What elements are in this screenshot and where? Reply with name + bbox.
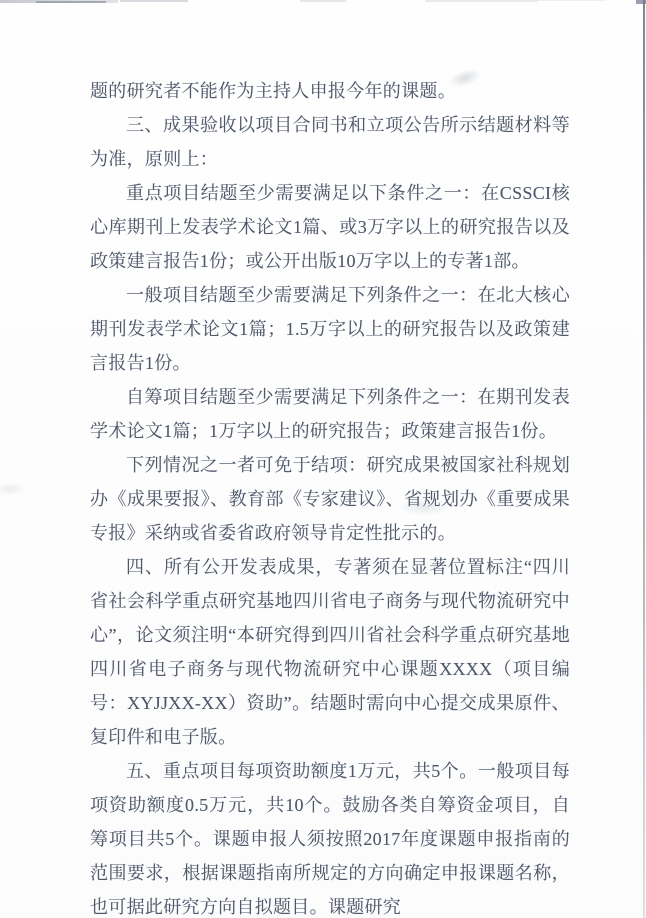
paragraph-section-three: 三、成果验收以项目合同书和立项公告所示结题材料等为准，原则上： [90,108,570,176]
paragraph-self-funded-project-requirement: 自筹项目结题至少需要满足下列条件之一：在期刊发表学术论文1篇；1万字以上的研究报… [90,380,570,448]
document-body: 题的研究者不能作为主持人申报今年的课题。 三、成果验收以项目合同书和立项公告所示… [90,74,570,918]
scan-edge-artifact [425,0,537,2]
paragraph-section-five: 五、重点项目每项资助额度1万元，共5个。一般项目每项资助额度0.5万元，共10个… [90,754,570,918]
scan-edge-artifact [120,0,188,2]
paragraph-continuation: 题的研究者不能作为主持人申报今年的课题。 [90,74,570,108]
scan-smudge [0,482,26,496]
paragraph-key-project-requirement: 重点项目结题至少需要满足以下条件之一：在CSSCI核心库期刊上发表学术论文1篇、… [90,176,570,278]
scan-edge-artifact [36,1,106,3]
paragraph-section-four: 四、所有公开发表成果，专著须在显著位置标注“四川省社会科学重点研究基地四川省电子… [90,550,570,754]
scan-edge-artifact [300,0,346,2]
scanned-document-page: 题的研究者不能作为主持人申报今年的课题。 三、成果验收以项目合同书和立项公告所示… [0,0,646,918]
paragraph-general-project-requirement: 一般项目结题至少需要满足下列条件之一：在北大核心期刊发表学术论文1篇；1.5万字… [90,278,570,380]
scan-edge-line [643,0,645,918]
scan-edge-artifact [536,0,606,1]
paragraph-exemption-clause: 下列情况之一者可免于结项：研究成果被国家社科规划办《成果要报》、教育部《专家建议… [90,448,570,550]
